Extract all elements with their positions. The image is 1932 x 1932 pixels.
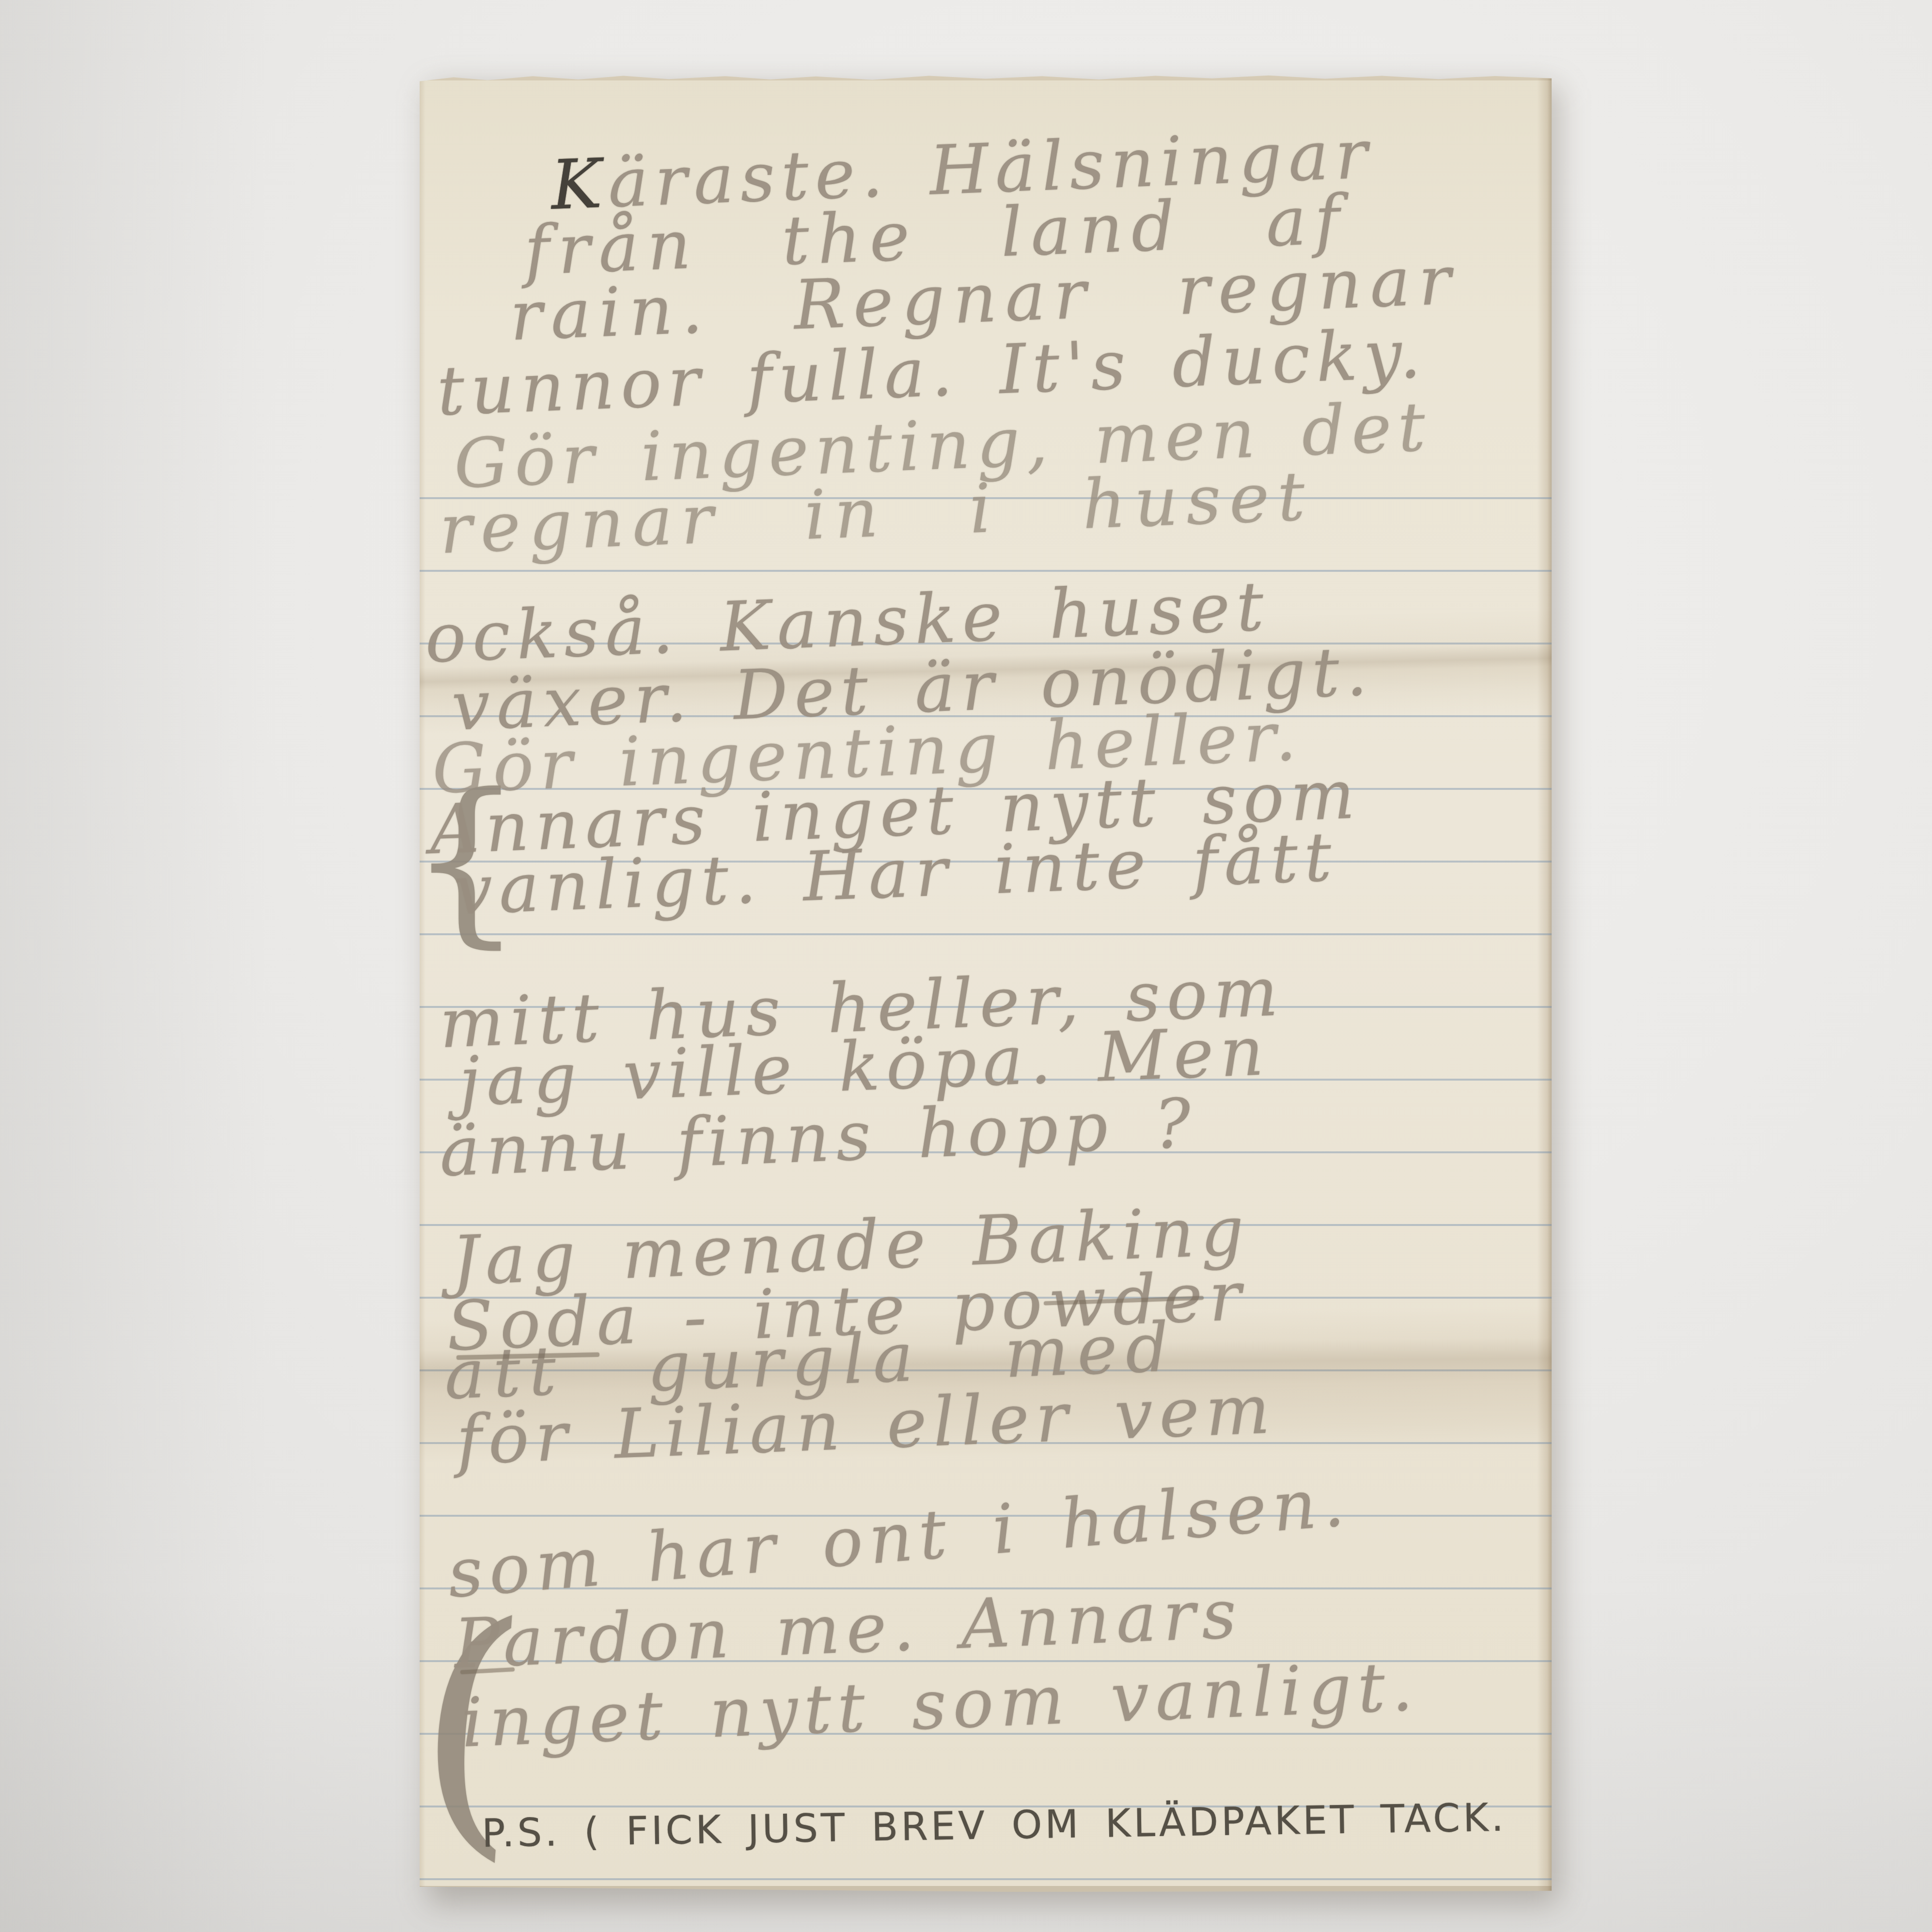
letter-paper: { ( Käraste. Hälsningar från the land af… xyxy=(420,74,1552,1892)
photo-backdrop: { ( Käraste. Hälsningar från the land af… xyxy=(0,0,1932,1932)
dark-initial-letter: K xyxy=(550,150,603,220)
torn-top-edge xyxy=(420,74,1552,80)
